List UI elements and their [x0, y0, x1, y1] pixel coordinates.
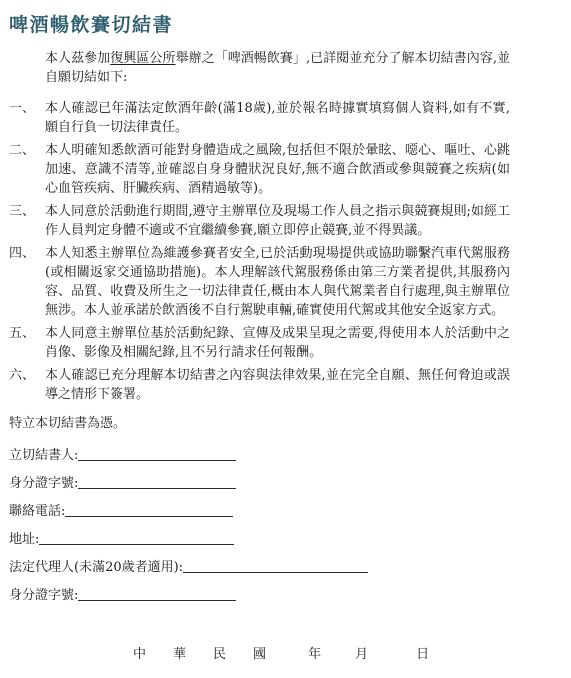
- guardian-id-row: 身分證字號:: [9, 587, 510, 602]
- id-number-blank[interactable]: [78, 475, 236, 489]
- address-row: 地址:: [9, 531, 510, 546]
- clause-item-3: 三、 本人同意於活動進行期間,遵守主辦單位及現場工作人員之指示與競賽規則;如經工…: [9, 202, 510, 240]
- address-blank[interactable]: [39, 531, 234, 545]
- intro-paragraph: 本人茲參加復興區公所舉辦之「啤酒暢飲賽」,已詳閱並充分了解本切結書內容,並自願切…: [45, 49, 510, 87]
- address-label: 地址:: [9, 532, 39, 547]
- date-char: 民: [213, 648, 226, 662]
- date-month-label: 月: [355, 648, 368, 662]
- id-number-label: 身分證字號:: [9, 476, 78, 491]
- signee-name-blank[interactable]: [78, 447, 236, 461]
- date-year-label: 年: [308, 648, 321, 662]
- clause-list: 一、 本人確認已年滿法定飲酒年齡(滿18歲),並於報名時據實填寫個人資料,如有不…: [9, 99, 510, 404]
- clause-item-2: 二、 本人明確知悉飲酒可能對身體造成之風險,包括但不限於暈眩、噁心、嘔吐、心跳加…: [9, 141, 510, 198]
- organizer-name: 復興區公所: [110, 51, 175, 66]
- clause-text: 本人知悉主辦單位為維護參賽者安全,已於活動現場提供或協助聯繫汽車代駕服務(或相關…: [45, 244, 510, 320]
- roc-date-line: 中華民國年月日: [9, 648, 510, 662]
- guardian-blank[interactable]: [183, 559, 368, 573]
- clause-item-5: 五、 本人同意主辦單位基於活動紀錄、宣傳及成果呈現之需要,得使用本人於活動中之肖…: [9, 324, 510, 362]
- guardian-id-label: 身分證字號:: [9, 588, 78, 603]
- guardian-row: 法定代理人(未滿20歲者適用):: [9, 559, 510, 574]
- clause-number: 五、: [9, 324, 45, 362]
- clause-item-6: 六、 本人確認已充分理解本切結書之內容與法律效果,並在完全自願、無任何脅迫或誤導…: [9, 366, 510, 404]
- id-number-row: 身分證字號:: [9, 475, 510, 490]
- date-char: 國: [253, 648, 266, 662]
- signee-name-row: 立切結書人:: [9, 447, 510, 462]
- clause-number: 二、: [9, 141, 45, 198]
- guardian-id-blank[interactable]: [78, 587, 236, 601]
- document-title: 啤酒暢飲賽切結書: [9, 10, 510, 37]
- clause-item-1: 一、 本人確認已年滿法定飲酒年齡(滿18歲),並於報名時據實填寫個人資料,如有不…: [9, 99, 510, 137]
- clause-number: 四、: [9, 244, 45, 320]
- clause-number: 六、: [9, 366, 45, 404]
- date-char: 中: [133, 648, 146, 662]
- clause-text: 本人明確知悉飲酒可能對身體造成之風險,包括但不限於暈眩、噁心、嘔吐、心跳加速、意…: [45, 141, 510, 198]
- clause-number: 一、: [9, 99, 45, 137]
- clause-number: 三、: [9, 202, 45, 240]
- intro-text-prefix: 本人茲參加: [45, 51, 110, 66]
- clause-text: 本人同意於活動進行期間,遵守主辦單位及現場工作人員之指示與競賽規則;如經工作人員…: [45, 202, 510, 240]
- clause-text: 本人確認已充分理解本切結書之內容與法律效果,並在完全自願、無任何脅迫或誤導之情形…: [45, 366, 510, 404]
- guardian-label: 法定代理人(未滿20歲者適用):: [9, 560, 183, 575]
- clause-text: 本人同意主辦單位基於活動紀錄、宣傳及成果呈現之需要,得使用本人於活動中之肖像、影…: [45, 324, 510, 362]
- signee-name-label: 立切結書人:: [9, 448, 78, 463]
- date-char: 華: [173, 648, 186, 662]
- phone-label: 聯絡電話:: [9, 504, 65, 519]
- phone-blank[interactable]: [65, 503, 233, 517]
- date-day-label: 日: [416, 648, 429, 662]
- waiver-document-page: 啤酒暢飲賽切結書 本人茲參加復興區公所舉辦之「啤酒暢飲賽」,已詳閱並充分了解本切…: [0, 0, 571, 678]
- closing-statement: 特立本切結書為憑。: [9, 414, 510, 433]
- phone-row: 聯絡電話:: [9, 503, 510, 518]
- clause-item-4: 四、 本人知悉主辦單位為維護參賽者安全,已於活動現場提供或協助聯繫汽車代駕服務(…: [9, 244, 510, 320]
- clause-text: 本人確認已年滿法定飲酒年齡(滿18歲),並於報名時據實填寫個人資料,如有不實,願…: [45, 99, 510, 137]
